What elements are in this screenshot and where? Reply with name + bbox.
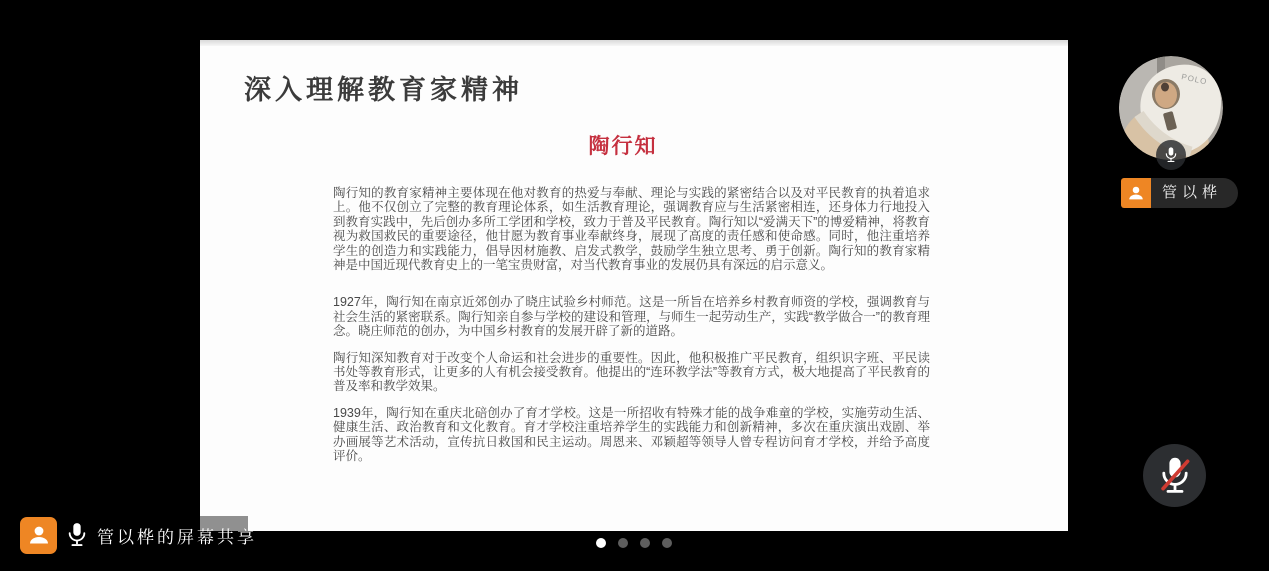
shared-screen-slide: 深入理解教育家精神 陶行知 陶行知的教育家精神主要体现在他对教育的热爱与奉献、理…: [200, 40, 1068, 531]
participant-avatar-chip: [1121, 178, 1151, 208]
pagination: [596, 538, 672, 548]
muted-mic-icon: [1157, 455, 1193, 497]
mic-icon: [66, 521, 88, 549]
pagination-dot-2[interactable]: [618, 538, 628, 548]
mic-icon: [1164, 146, 1178, 164]
participant-name: 管以桦: [1151, 178, 1238, 208]
pagination-dot-1[interactable]: [596, 538, 606, 548]
participant-mic-indicator: [1156, 140, 1186, 170]
slide-top-edge: [200, 40, 1068, 46]
meeting-window: 深入理解教育家精神 陶行知 陶行知的教育家精神主要体现在他对教育的热爱与奉献、理…: [0, 0, 1269, 571]
participant-video-tile[interactable]: POLO 管以桦: [1119, 56, 1239, 211]
slide-heading: 陶行知: [189, 130, 1057, 160]
screen-share-label: 管以桦的屏幕共享: [97, 523, 257, 548]
screen-share-banner: 管以桦的屏幕共享: [20, 516, 257, 554]
person-icon: [27, 523, 51, 547]
mute-toggle-button[interactable]: [1143, 444, 1206, 507]
slide-paragraph-3: 陶行知深知教育对于改变个人命运和社会进步的重要性。因此，他积极推广平民教育，组织…: [333, 351, 930, 394]
slide-title: 深入理解教育家精神: [244, 68, 523, 107]
slide-paragraph-4: 1939年，陶行知在重庆北碚创办了育才学校。这是一所招收有特殊才能的战争难童的学…: [333, 406, 930, 464]
slide-paragraph-1: 陶行知的教育家精神主要体现在他对教育的热爱与奉献、理论与实践的紧密结合以及对平民…: [333, 186, 930, 272]
sharer-mic-indicator: [66, 521, 88, 549]
participant-name-badge: 管以桦: [1121, 178, 1238, 208]
pagination-dot-3[interactable]: [640, 538, 650, 548]
sharer-avatar-chip[interactable]: [20, 517, 57, 554]
slide-paragraph-2: 1927年，陶行知在南京近郊创办了晓庄试验乡村师范。这是一所旨在培养乡村教育师资…: [333, 295, 930, 338]
pagination-dot-4[interactable]: [662, 538, 672, 548]
slide-body: 陶行知的教育家精神主要体现在他对教育的热爱与奉献、理论与实践的紧密结合以及对平民…: [333, 186, 930, 476]
person-icon: [1127, 184, 1145, 202]
